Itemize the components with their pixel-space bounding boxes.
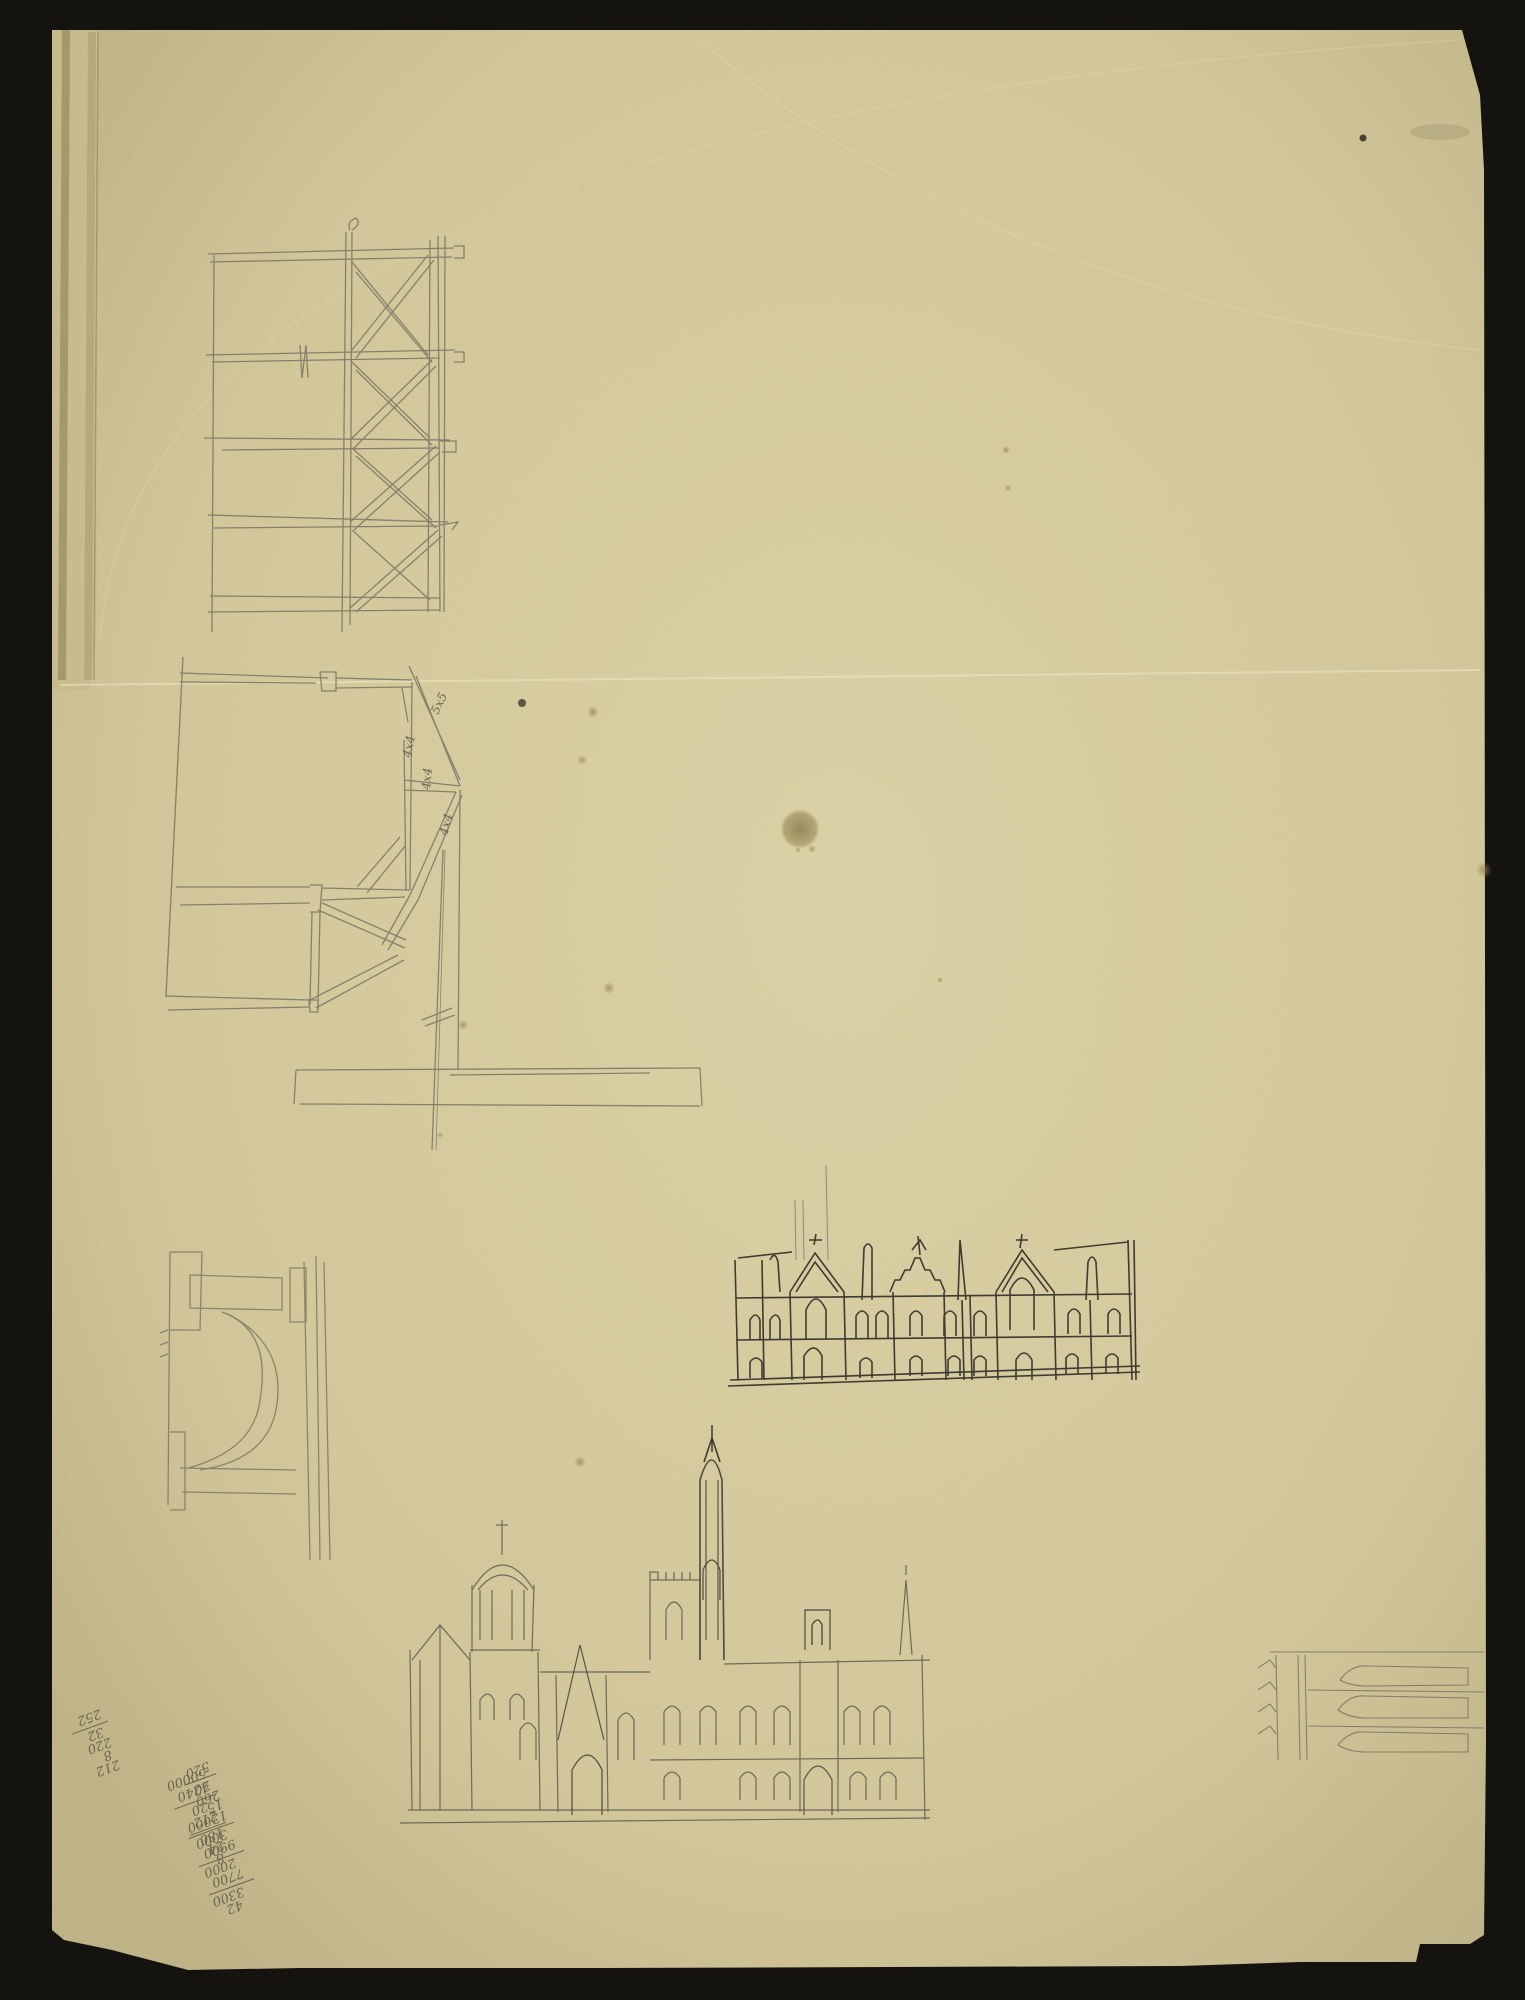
- scanned-sketch-sheet: 5x5 4x4 4x4 4x4: [0, 0, 1525, 2000]
- svg-text:4x4: 4x4: [419, 767, 435, 791]
- paper-sheet: [52, 30, 1486, 1970]
